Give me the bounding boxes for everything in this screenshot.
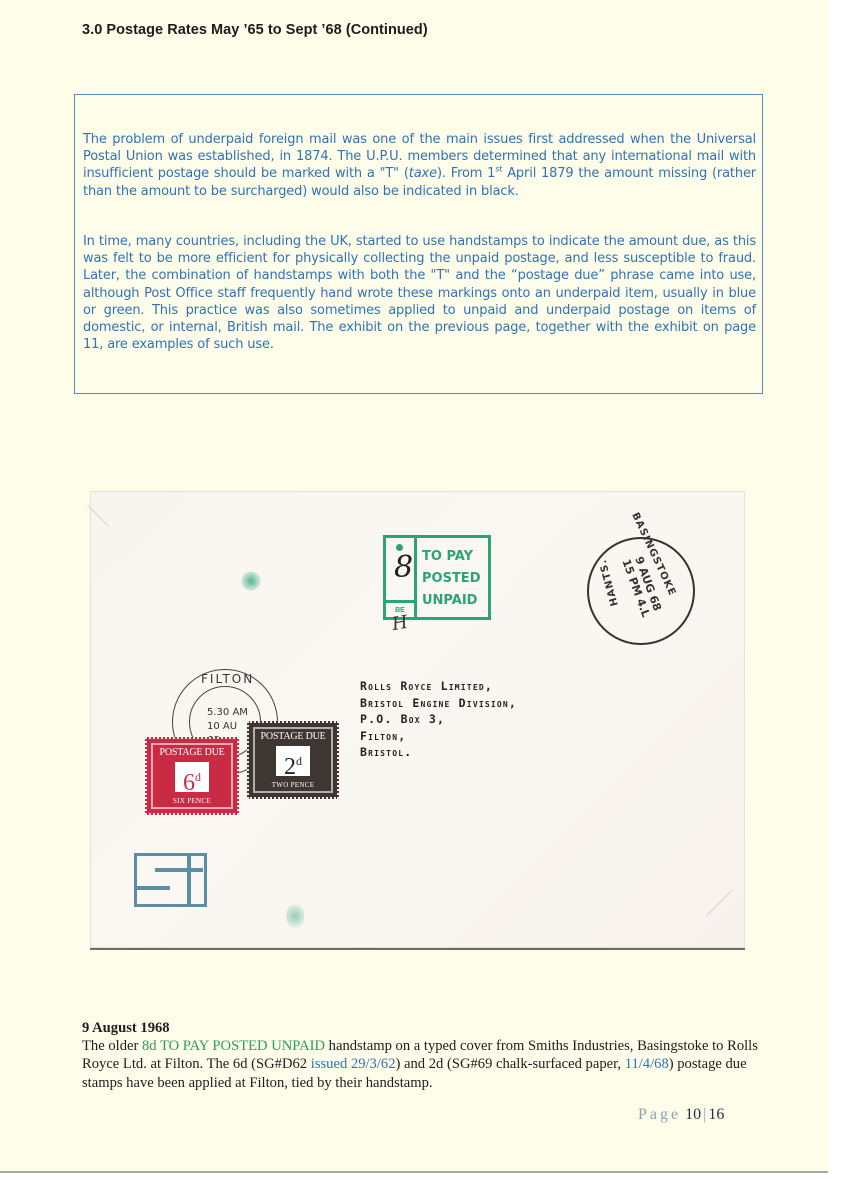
stamp-value-unit: d <box>296 754 302 768</box>
info-paragraph-1: The problem of underpaid foreign mail wa… <box>83 131 756 200</box>
ink-smudge <box>286 901 304 931</box>
postmark-town: FILTON <box>201 672 254 686</box>
ink-smudge <box>240 571 262 591</box>
address-line: Filton, <box>360 728 517 745</box>
postage-due-stamp-2d: POSTAGE DUE 2d TWO PENCE <box>247 721 339 799</box>
issue-date-reference: 11/4/68 <box>625 1056 669 1072</box>
address-line: Rolls Royce Limited, <box>360 678 517 695</box>
exhibit-description: The older 8d TO PAY POSTED UNPAID handst… <box>82 1037 762 1092</box>
envelope-fold <box>706 890 760 944</box>
recipient-address: Rolls Royce Limited, Bristol Engine Divi… <box>360 678 517 761</box>
page-label: Page <box>638 1106 681 1123</box>
current-page: 10 <box>685 1106 701 1123</box>
handwritten-amount: 8 <box>394 550 413 585</box>
exhibit-date: 9 August 1968 <box>82 1019 762 1037</box>
basingstoke-postmark: BASINGSTOKE HANTS. 9 AUG 68 15 PM 4.L <box>587 537 695 645</box>
stamp-value-number: 2 <box>284 754 296 780</box>
address-line: Bristol. <box>360 744 517 761</box>
total-pages: 16 <box>708 1106 724 1123</box>
issue-date-reference: issued 29/3/62 <box>311 1056 396 1072</box>
exhibit-caption: 9 August 1968 The older 8d TO PAY POSTED… <box>82 1019 762 1092</box>
stamp-value-number: 6 <box>183 770 195 796</box>
info-box: The problem of underpaid foreign mail wa… <box>74 94 763 394</box>
page-separator: | <box>703 1106 706 1123</box>
exhibit-page: 3.0 Postage Rates May ’65 to Sept ’68 (C… <box>0 0 828 1173</box>
address-line: P.O. Box 3, <box>360 711 517 728</box>
logo-bar <box>155 868 203 872</box>
taxe-term: taxe <box>409 166 437 181</box>
smiths-industries-logo <box>134 853 207 907</box>
to-pay-handstamp: 8 BE TO PAY POSTED UNPAID <box>383 535 491 620</box>
logo-bar <box>187 856 191 904</box>
postmark-county: HANTS. <box>598 558 621 608</box>
info-paragraph-2: In time, many countries, including the U… <box>83 233 756 353</box>
stamp-value-unit: d <box>195 770 201 784</box>
stamp-frame: POSTAGE DUE 6d SIX PENCE <box>151 743 233 809</box>
stamp-title: POSTAGE DUE <box>255 731 331 742</box>
stamp-caption: SIX PENCE <box>153 797 231 805</box>
stamp-value: 2d <box>276 746 310 776</box>
stamp-caption: TWO PENCE <box>255 781 331 789</box>
handstamp-line: POSTED <box>422 568 480 590</box>
caption-text: ) and 2d (SG#69 chalk-surfaced paper, <box>396 1056 625 1072</box>
page-number: Page10|16 <box>638 1106 724 1124</box>
envelope-fold <box>59 505 109 555</box>
handstamp-reference: 8d TO PAY POSTED UNPAID <box>142 1038 325 1054</box>
info-text: ). From 1 <box>437 166 495 181</box>
handstamp-line: TO PAY <box>422 546 480 568</box>
caption-text: The older <box>82 1038 142 1054</box>
postmark-date: 10 AU <box>207 720 248 734</box>
stamp-divider <box>414 538 417 617</box>
address-line: Bristol Engine Division, <box>360 695 517 712</box>
stamp-frame: POSTAGE DUE 2d TWO PENCE <box>253 727 333 793</box>
page-title: 3.0 Postage Rates May ’65 to Sept ’68 (C… <box>82 22 428 38</box>
handwritten-initials: H <box>390 612 409 635</box>
postmark-time: 5.30 AM <box>207 706 248 720</box>
stamp-value: 6d <box>175 762 209 792</box>
handstamp-line: UNPAID <box>422 590 480 612</box>
postal-cover: 8 BE TO PAY POSTED UNPAID H BASINGSTOKE … <box>90 491 745 950</box>
logo-bar <box>137 886 170 890</box>
postage-due-stamp-6d: POSTAGE DUE 6d SIX PENCE <box>145 737 239 815</box>
stamp-title: POSTAGE DUE <box>153 747 231 758</box>
handstamp-text: TO PAY POSTED UNPAID <box>422 546 480 612</box>
